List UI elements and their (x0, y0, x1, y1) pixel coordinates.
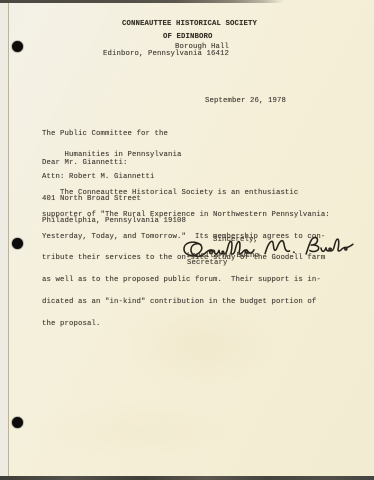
hole-punch-icon (12, 238, 23, 249)
body-line: The Conneauttee Historical Society is an… (42, 190, 330, 197)
scan-left-margin-strip (0, 0, 8, 480)
letterhead-address-2: Edinboro, Pennsylvania 16412 (103, 51, 229, 58)
address-line: The Public Committee for the (42, 131, 186, 138)
body-line: supporter of "The Rural Experience in No… (42, 212, 330, 219)
hole-punch-icon (12, 41, 23, 52)
scan-top-edge-shadow (0, 0, 284, 3)
scanned-letter-page: CONNEAUTTEE HISTORICAL SOCIETY OF EDINBO… (0, 0, 374, 480)
scan-bottom-edge-shadow (0, 476, 374, 480)
letterhead-org-name: CONNEAUTTEE HISTORICAL SOCIETY (122, 21, 257, 28)
letter-date: September 26, 1978 (205, 98, 286, 105)
paper-stain (40, 400, 240, 460)
hole-punch-icon (12, 417, 23, 428)
salutation: Dear Mr. Giannetti: (42, 160, 127, 167)
letterhead-org-name-2: OF EDINBORO (163, 34, 213, 41)
signer-title: Secretary (187, 260, 228, 267)
body-line: the proposal. (42, 321, 330, 328)
body-line: as well as to the proposed public forum.… (42, 277, 330, 284)
paper-left-edge (8, 0, 9, 480)
body-line: dicated as an "in-kind" contribution in … (42, 299, 330, 306)
